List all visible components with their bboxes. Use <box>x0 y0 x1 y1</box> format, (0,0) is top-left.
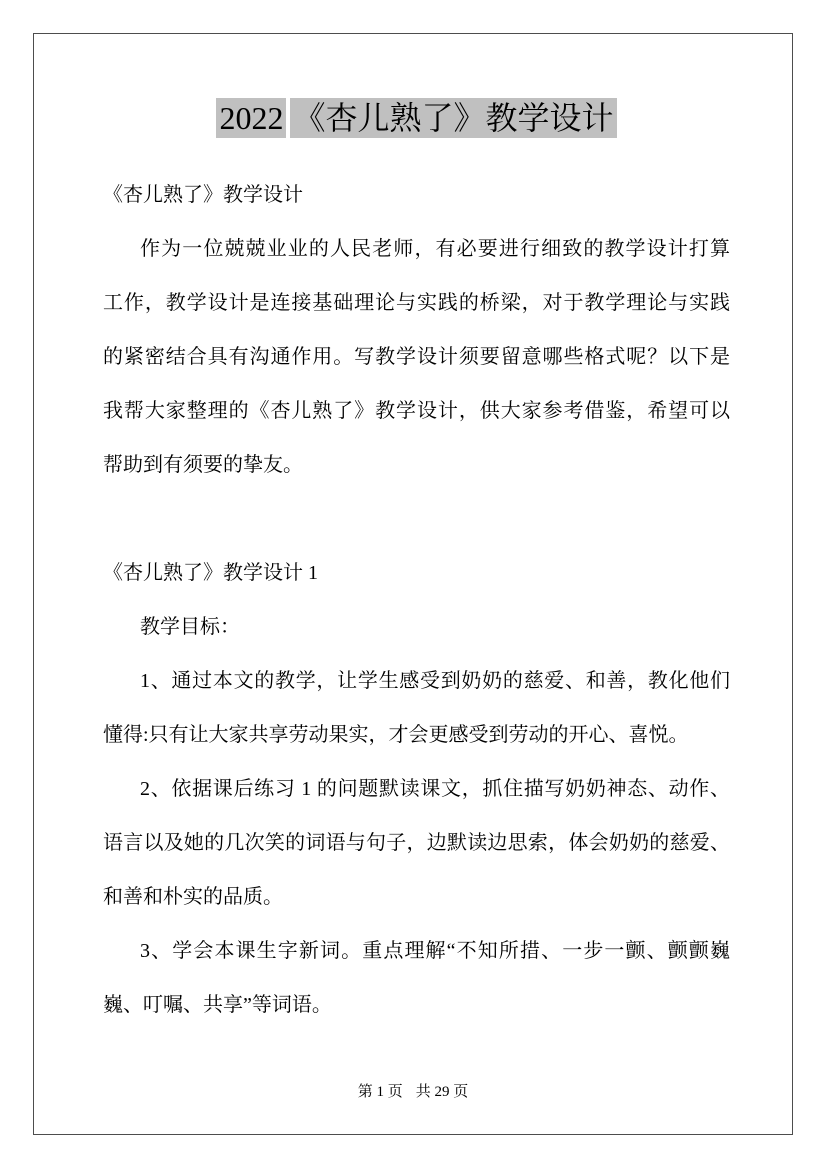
body-line: 巍、叮嘱、共享”等词语。 <box>103 978 730 1032</box>
body-line: 懂得:只有让大家共享劳动果实，才会更感受到劳动的开心、喜悦。 <box>103 708 730 762</box>
body-line: 和善和朴实的品质。 <box>103 870 730 924</box>
body-line: 2、依据课后练习 1 的问题默读课文，抓住描写奶奶神态、动作、 <box>103 762 730 816</box>
document-content: 2022《杏儿熟了》教学设计 《杏儿熟了》教学设计 作为一位兢兢业业的人民老师，… <box>34 34 792 1032</box>
body-line: 3、学会本课生字新词。重点理解“不知所措、一步一颤、颤颤巍 <box>103 924 730 978</box>
page-footer: 第 1 页共 29 页 <box>34 1083 792 1101</box>
body-line: 《杏儿熟了》教学设计 <box>103 168 730 222</box>
body-line: 我帮大家整理的《杏儿熟了》教学设计，供大家参考借鉴，希望可以 <box>103 384 730 438</box>
body-line: 的紧密结合具有沟通作用。写教学设计须要留意哪些格式呢？以下是 <box>103 330 730 384</box>
body-line: 帮助到有须要的挚友。 <box>103 438 730 492</box>
document-page: 2022《杏儿熟了》教学设计 《杏儿熟了》教学设计 作为一位兢兢业业的人民老师，… <box>33 33 793 1135</box>
body-line: 教学目标： <box>103 600 730 654</box>
title-text: 《杏儿熟了》教学设计 <box>290 98 616 138</box>
body-line: 作为一位兢兢业业的人民老师，有必要进行细致的教学设计打算 <box>103 222 730 276</box>
body-line: 1、通过本文的教学，让学生感受到奶奶的慈爱、和善，教化他们 <box>103 654 730 708</box>
document-title: 2022《杏儿熟了》教学设计 <box>103 98 730 138</box>
body-line: 工作，教学设计是连接基础理论与实践的桥梁，对于教学理论与实践 <box>103 276 730 330</box>
document-body: 《杏儿熟了》教学设计 作为一位兢兢业业的人民老师，有必要进行细致的教学设计打算 … <box>103 168 730 1032</box>
body-blank-line <box>103 492 730 546</box>
page-number-label: 第 1 页 <box>358 1084 403 1100</box>
title-year: 2022 <box>216 98 286 138</box>
body-line: 语言以及她的几次笑的词语与句子，边默读边思索，体会奶奶的慈爱、 <box>103 816 730 870</box>
body-line: 《杏儿熟了》教学设计 1 <box>103 546 730 600</box>
total-pages-label: 共 29 页 <box>416 1084 469 1100</box>
